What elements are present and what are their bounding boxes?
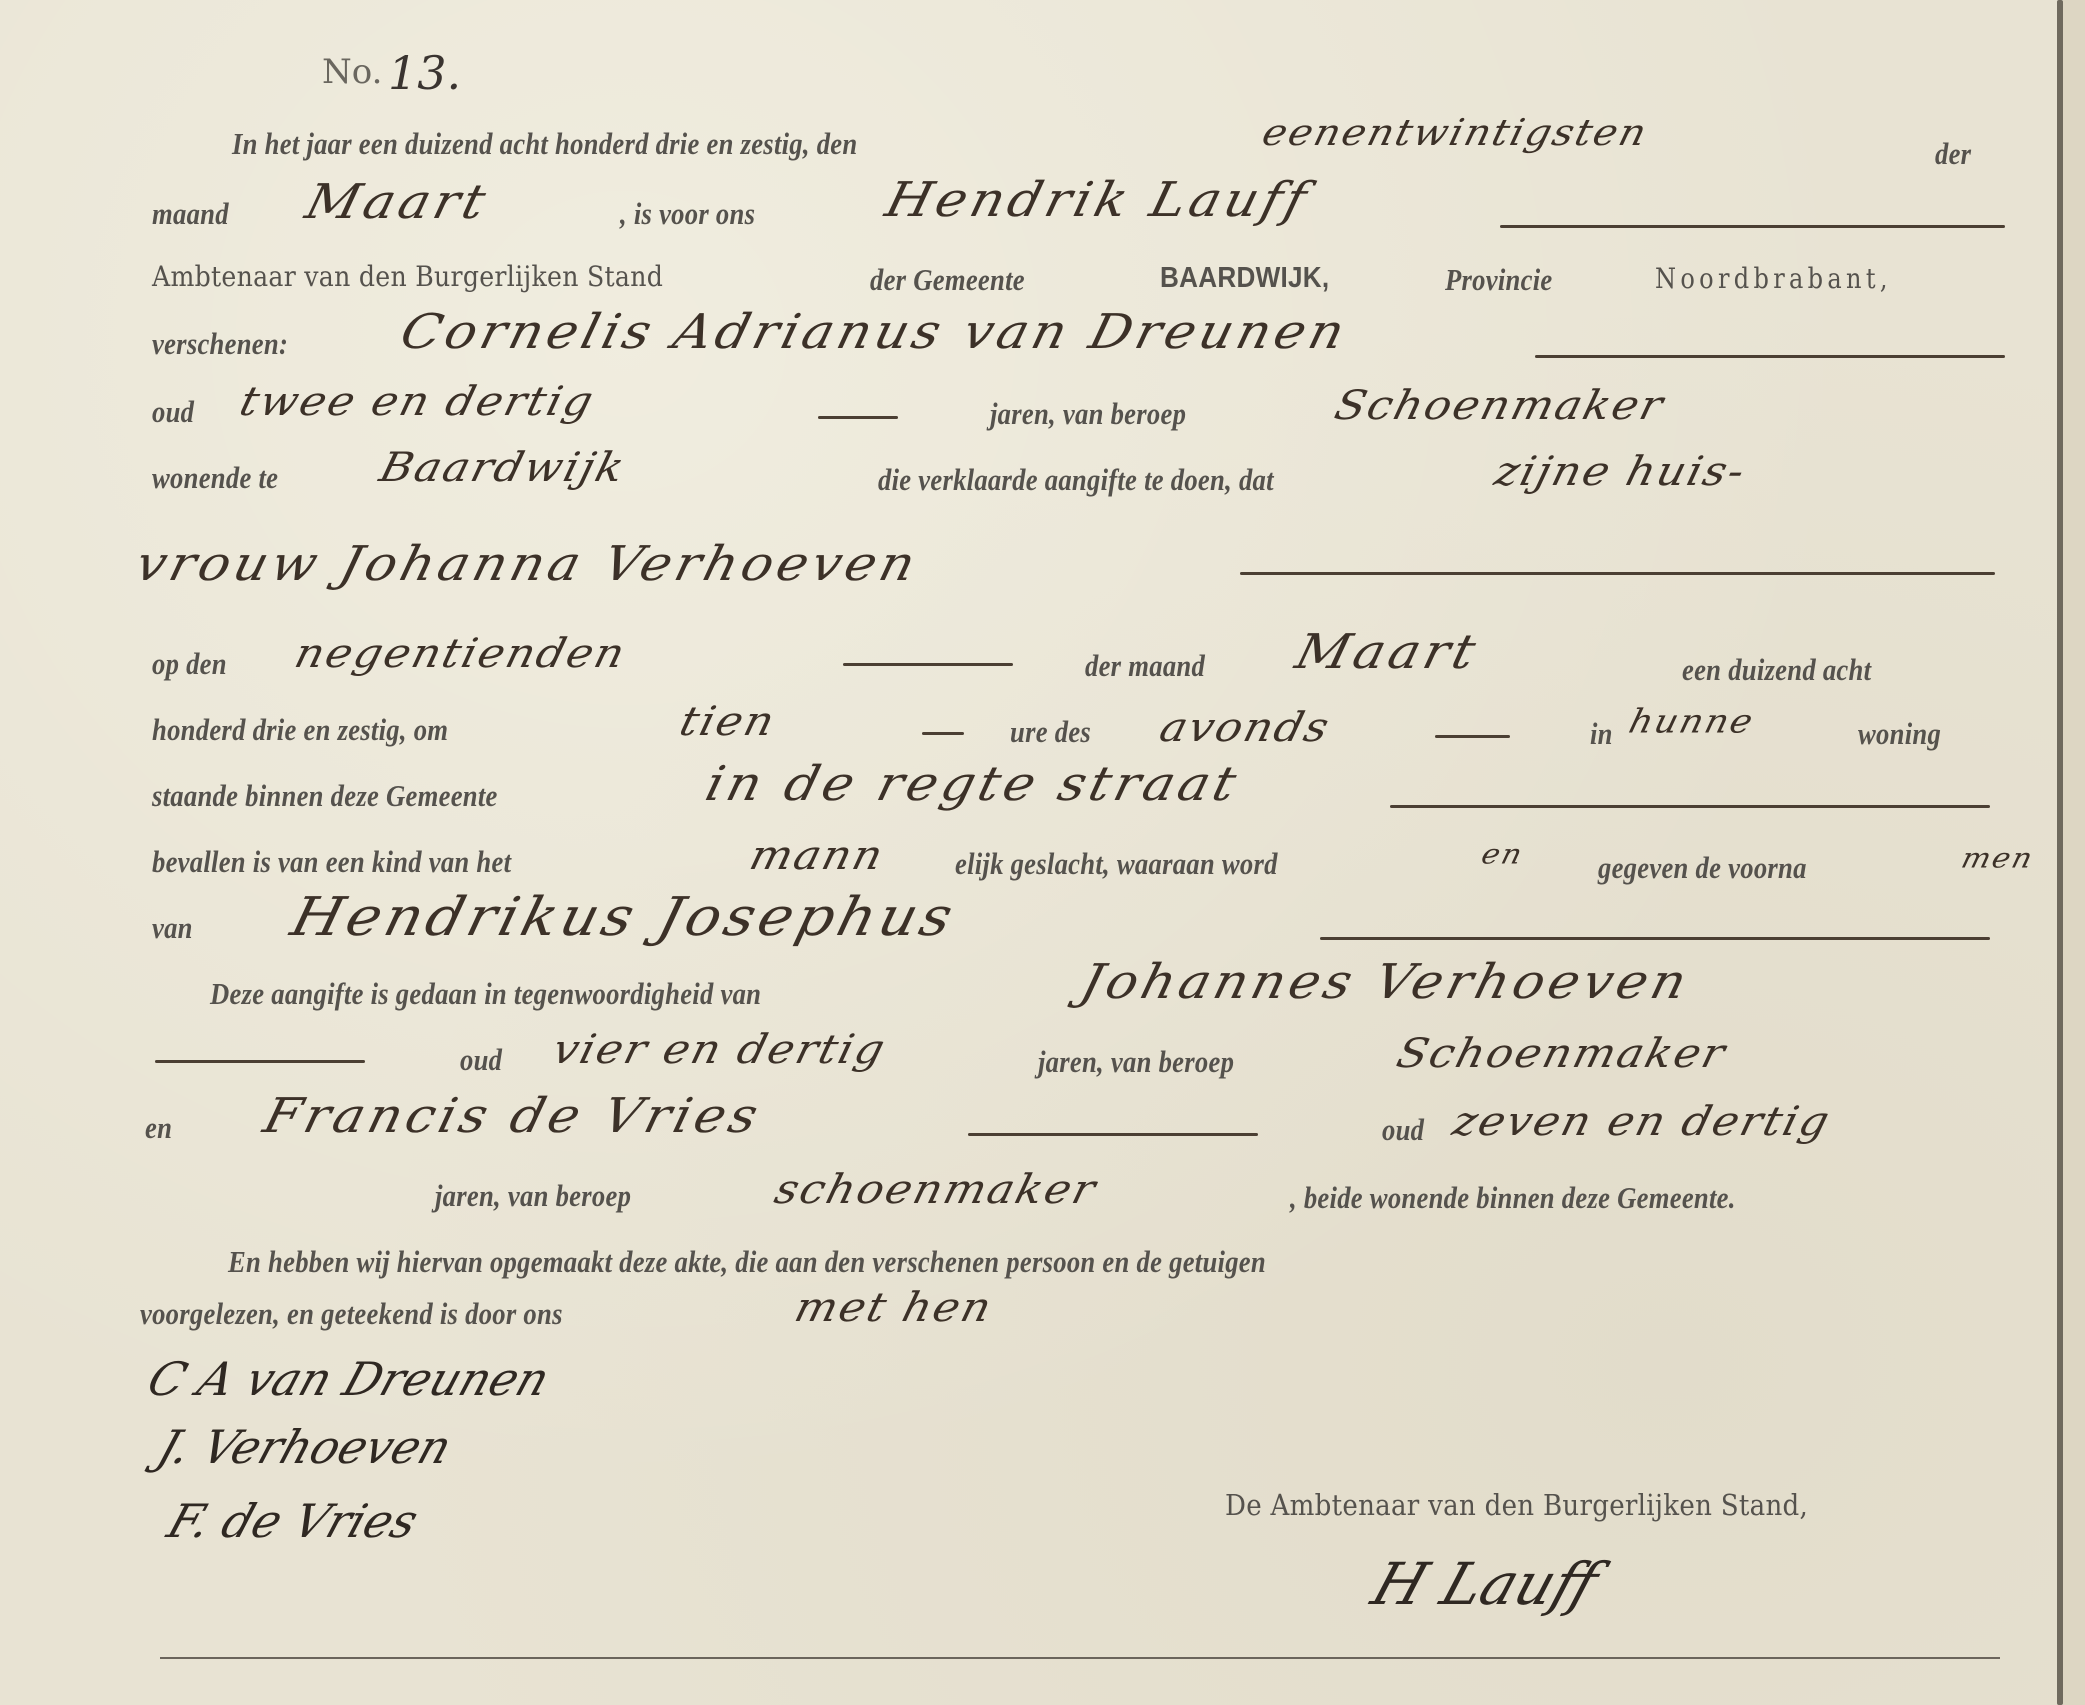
print-text: honderd drie en zestig, om <box>152 712 448 748</box>
handwritten-birth-day: negentienden <box>290 630 631 677</box>
adjacent-page-edge <box>2063 0 2085 1705</box>
print-text: bevallen is van een kind van het <box>152 844 511 880</box>
handwritten-birth-hour: tien <box>675 698 781 745</box>
print-text: Ambtenaar van den Burgerlijken Stand <box>152 260 663 293</box>
print-text: elijk geslacht, waaraan word <box>955 846 1278 882</box>
handwritten-text: zijne huis- <box>1490 448 1751 495</box>
fill-rule <box>1240 572 1995 575</box>
signature-declarant: C A van Dreunen <box>141 1352 556 1406</box>
handwritten-text: met hen <box>790 1284 998 1331</box>
fill-rule <box>968 1133 1258 1136</box>
fill-rule <box>843 663 1013 666</box>
handwritten-child-name: Hendrikus Josephus <box>285 885 963 948</box>
fill-rule <box>1390 805 1990 808</box>
handwritten-text: en <box>1478 839 1527 871</box>
signature-witness2: F. de Vries <box>161 1494 425 1548</box>
handwritten-day: eenentwintigsten <box>1258 112 1652 154</box>
handwritten-witness1-occupation: Schoenmaker <box>1392 1030 1731 1077</box>
fill-rule <box>155 1060 365 1063</box>
fill-rule <box>1500 225 2005 228</box>
print-text: oud <box>460 1042 502 1078</box>
fill-rule <box>818 416 898 419</box>
handwritten-birth-month: Maart <box>1290 625 1485 680</box>
handwritten-time-of-day: avonds <box>1155 704 1335 751</box>
print-text: wonende te <box>152 460 278 496</box>
print-text: jaren, van beroep <box>1038 1044 1234 1080</box>
print-text: een duizend acht <box>1682 652 1871 688</box>
print-text: woning <box>1858 716 1941 752</box>
print-text: In het jaar een duizend acht honderd dri… <box>232 126 857 162</box>
handwritten-mother-name: vrouw Johanna Verhoeven <box>130 537 925 592</box>
handwritten-officer-name: Hendrik Lauff <box>880 173 1316 228</box>
bottom-divider <box>160 1657 2000 1659</box>
handwritten-declarant-name: Cornelis Adrianus van Dreunen <box>395 305 1354 360</box>
signature-witness1: J. Verhoeven <box>151 1420 458 1474</box>
province-name: Noordbrabant, <box>1655 262 1892 295</box>
handwritten-residence: Baardwijk <box>375 444 631 491</box>
print-text: , beide wonende binnen deze Gemeente. <box>1290 1180 1736 1216</box>
record-number-label: No. <box>322 52 382 92</box>
print-text: En hebben wij hiervan opgemaakt deze akt… <box>228 1244 1266 1280</box>
handwritten-sex: mann <box>745 832 889 879</box>
fill-rule <box>1535 355 2005 358</box>
print-text: jaren, van beroep <box>435 1178 631 1214</box>
print-text: der maand <box>1085 648 1205 684</box>
fill-rule <box>1320 937 1990 940</box>
print-text: , is voor ons <box>620 196 755 232</box>
record-number-value: 13. <box>388 46 461 100</box>
print-text: in <box>1590 716 1613 752</box>
handwritten-witness1-name: Johannes Verhoeven <box>1075 955 1696 1010</box>
handwritten-witness2-age: zeven en dertig <box>1448 1098 1836 1145</box>
print-text: der <box>1935 136 1971 172</box>
handwritten-text: men <box>1958 843 2038 875</box>
print-text: en <box>145 1110 172 1146</box>
print-text: Provincie <box>1445 262 1552 298</box>
municipality-name: BAARDWIJK, <box>1160 262 1329 295</box>
print-text: op den <box>152 646 227 682</box>
handwritten-text: hunne <box>1625 703 1758 741</box>
signature-officer: H Lauff <box>1364 1550 1607 1618</box>
print-text: der Gemeente <box>870 262 1025 298</box>
print-text: staande binnen deze Gemeente <box>152 778 498 814</box>
handwritten-witness2-name: Francis de Vries <box>258 1089 767 1144</box>
officer-title: De Ambtenaar van den Burgerlijken Stand, <box>1225 1488 1808 1522</box>
handwritten-declarant-age: twee en dertig <box>235 378 600 425</box>
print-text: oud <box>152 394 194 430</box>
print-text: van <box>152 910 193 946</box>
fill-rule <box>1435 735 1510 738</box>
print-text: oud <box>1382 1112 1424 1148</box>
fill-rule <box>922 732 964 735</box>
print-text: die verklaarde aangifte te doen, dat <box>878 462 1274 498</box>
print-text: maand <box>152 196 229 232</box>
print-text: gegeven de voorna <box>1598 850 1807 886</box>
handwritten-witness1-age: vier en dertig <box>548 1026 891 1073</box>
print-text: Deze aangifte is gedaan in tegenwoordigh… <box>210 976 761 1012</box>
print-text: verschenen: <box>152 326 288 362</box>
print-text: jaren, van beroep <box>990 396 1186 432</box>
print-text: ure des <box>1010 714 1091 750</box>
print-text: voorgelezen, en geteekend is door ons <box>140 1296 563 1332</box>
handwritten-address: in de regte straat <box>700 757 1245 812</box>
handwritten-declarant-occupation: Schoenmaker <box>1330 382 1669 429</box>
birth-certificate-page: No. 13. In het jaar een duizend acht hon… <box>0 0 2045 1705</box>
handwritten-witness2-occupation: schoenmaker <box>770 1166 1102 1213</box>
handwritten-month: Maart <box>300 175 495 230</box>
